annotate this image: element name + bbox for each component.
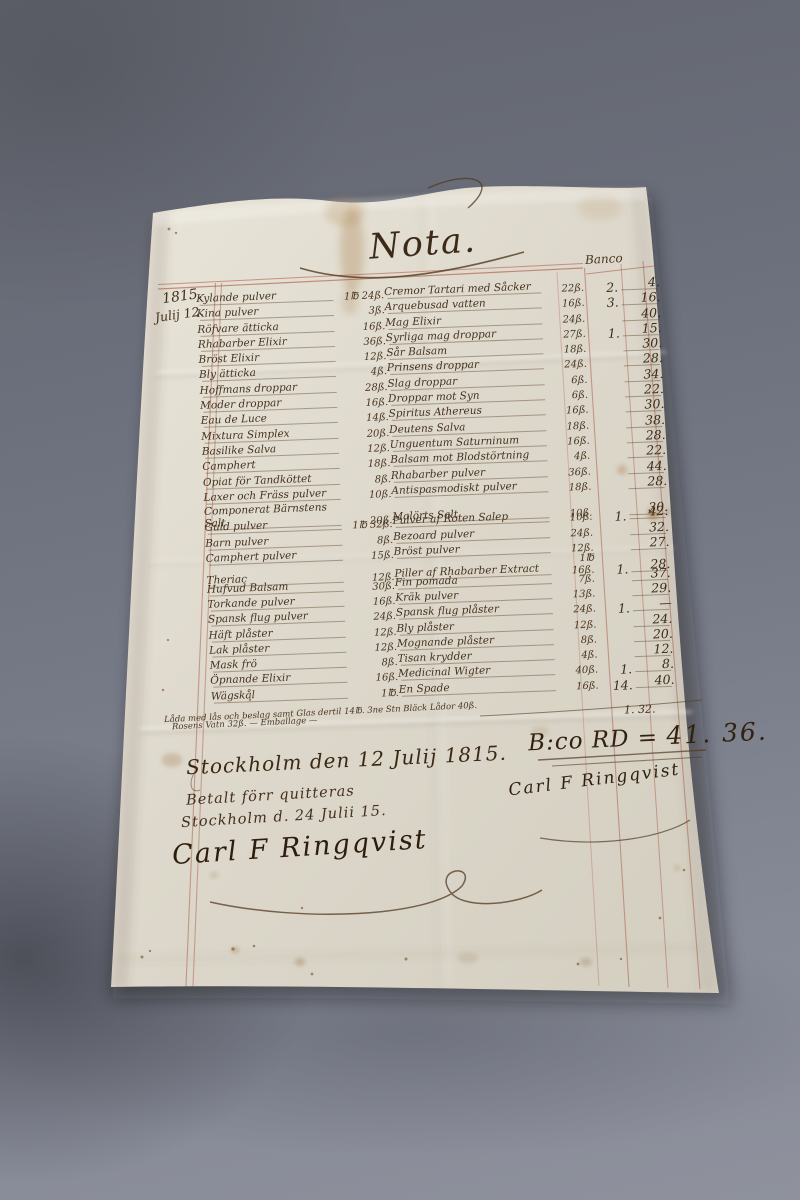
banco-skilling: 28. bbox=[625, 474, 667, 489]
price-right: 6ß. bbox=[547, 374, 587, 387]
photo-of-document: Nota. Banco 1815. Julij 12. Kylande pulv… bbox=[0, 0, 800, 1200]
price-left: 30ß. bbox=[347, 581, 395, 595]
price-right: 13ß. bbox=[555, 589, 595, 602]
banco-riksdaler: 2. bbox=[584, 281, 618, 295]
price-left: 3ß. bbox=[337, 305, 385, 319]
banco-skilling: 44. bbox=[624, 458, 666, 473]
banco-skilling: 8. bbox=[632, 657, 674, 672]
banco-skilling: 30. bbox=[622, 397, 664, 412]
price-left: 14ß. bbox=[341, 412, 389, 426]
price-left: 1℔ 32ß. bbox=[344, 519, 392, 533]
price-right: 12ß. bbox=[556, 619, 596, 632]
banco-skilling: 4. bbox=[618, 275, 660, 290]
price-right: 27ß. bbox=[546, 329, 586, 342]
price-left: 16ß. bbox=[347, 596, 395, 610]
price-right: 40ß. bbox=[558, 665, 598, 678]
banco-skilling: 16. bbox=[618, 290, 660, 305]
price-left: 16ß. bbox=[340, 397, 388, 411]
banco-skilling: 40. bbox=[619, 306, 661, 321]
ledger-table: 1815. Julij 12. Kylande pulver1℔ 24ß.Cre… bbox=[196, 275, 675, 705]
banco-skilling: 42. bbox=[626, 504, 668, 519]
price-right: 24ß. bbox=[545, 313, 585, 326]
price-right: 16ß. bbox=[550, 436, 590, 449]
price-left: 16ß. bbox=[337, 321, 385, 335]
banco-skilling: 32. bbox=[627, 520, 669, 535]
banco-skilling: 15. bbox=[619, 321, 661, 336]
ledger-rows: Kylande pulver1℔ 24ß.Cremor Tartari med … bbox=[196, 275, 675, 705]
banco-riksdaler: 1. bbox=[586, 326, 620, 340]
price-left: 8ß. bbox=[345, 535, 393, 549]
price-left: 28ß. bbox=[339, 382, 387, 396]
price-left: 12ß. bbox=[348, 626, 396, 640]
banco-riksdaler: 3. bbox=[584, 296, 618, 310]
price-right: 16ß. bbox=[559, 680, 599, 693]
price-right: 4ß. bbox=[557, 650, 597, 663]
price-left: 8ß. bbox=[350, 657, 398, 671]
banco-riksdaler: 1. bbox=[596, 602, 630, 616]
price-right: 24ß. bbox=[556, 604, 596, 617]
banco-skilling: 29. bbox=[629, 581, 671, 596]
banco-riksdaler: 1. bbox=[592, 510, 626, 524]
banco-skilling: 28. bbox=[623, 428, 665, 443]
price-right: 10ß. bbox=[552, 512, 592, 525]
price-left: 1℔ 24ß. bbox=[336, 290, 384, 304]
price-left: 12ß. bbox=[338, 351, 386, 365]
banco-riksdaler: 1. bbox=[594, 563, 628, 577]
price-left: 20ß. bbox=[341, 428, 389, 442]
banco-skilling: 22. bbox=[622, 382, 664, 397]
banco-skilling: 20. bbox=[631, 627, 673, 642]
banco-skilling: 38. bbox=[623, 413, 665, 428]
price-right: 36ß. bbox=[551, 466, 591, 479]
banco-skilling: 27. bbox=[627, 535, 669, 550]
price-right: 18ß. bbox=[551, 482, 591, 495]
price-right: 22ß. bbox=[544, 283, 584, 296]
packing-entry-amount: 1. 32. bbox=[624, 702, 656, 716]
price-right: 24ß. bbox=[553, 527, 593, 540]
price-right: 24ß. bbox=[547, 359, 587, 372]
banco-skilling: 22. bbox=[624, 443, 666, 458]
price-left: 16ß. bbox=[350, 672, 398, 686]
price-left: 12ß. bbox=[342, 443, 390, 457]
banco-skilling: — bbox=[629, 596, 671, 611]
banco-skilling: 40. bbox=[632, 672, 674, 687]
banco-skilling: 30. bbox=[620, 336, 662, 351]
price-left: 4ß. bbox=[339, 367, 387, 381]
price-right: 16ß. bbox=[545, 298, 585, 311]
item-left: Kylande pulver bbox=[196, 288, 336, 305]
price-left: 15ß. bbox=[346, 550, 394, 564]
price-left: 8ß. bbox=[343, 474, 391, 488]
price-left: 18ß. bbox=[342, 458, 390, 472]
price-left: 24ß. bbox=[348, 611, 396, 625]
banco-riksdaler: 14. bbox=[598, 678, 632, 692]
banco-skilling: 37. bbox=[628, 565, 670, 580]
price-right: 6ß. bbox=[548, 390, 588, 403]
price-right: 16ß. bbox=[548, 405, 588, 418]
total-value: 41. 36. bbox=[666, 717, 769, 751]
price-right: 4ß. bbox=[550, 451, 590, 464]
price-right: 18ß. bbox=[549, 420, 589, 433]
price-right: 8ß. bbox=[557, 634, 597, 647]
price-left: 36ß. bbox=[338, 336, 386, 350]
banco-column-header: Banco bbox=[585, 251, 623, 267]
price-left: 10ß. bbox=[343, 489, 391, 503]
banco-skilling: 28. bbox=[621, 351, 663, 366]
banco-skilling: 12. bbox=[631, 642, 673, 657]
banco-skilling: 24. bbox=[630, 611, 672, 626]
price-right: 7ß. bbox=[555, 573, 595, 586]
price-left: 1℔. bbox=[351, 688, 399, 702]
banco-skilling: 34. bbox=[621, 367, 663, 382]
banco-riksdaler: 1. bbox=[598, 663, 632, 677]
price-left: 12ß. bbox=[349, 642, 397, 656]
price-right: 18ß. bbox=[546, 344, 586, 357]
